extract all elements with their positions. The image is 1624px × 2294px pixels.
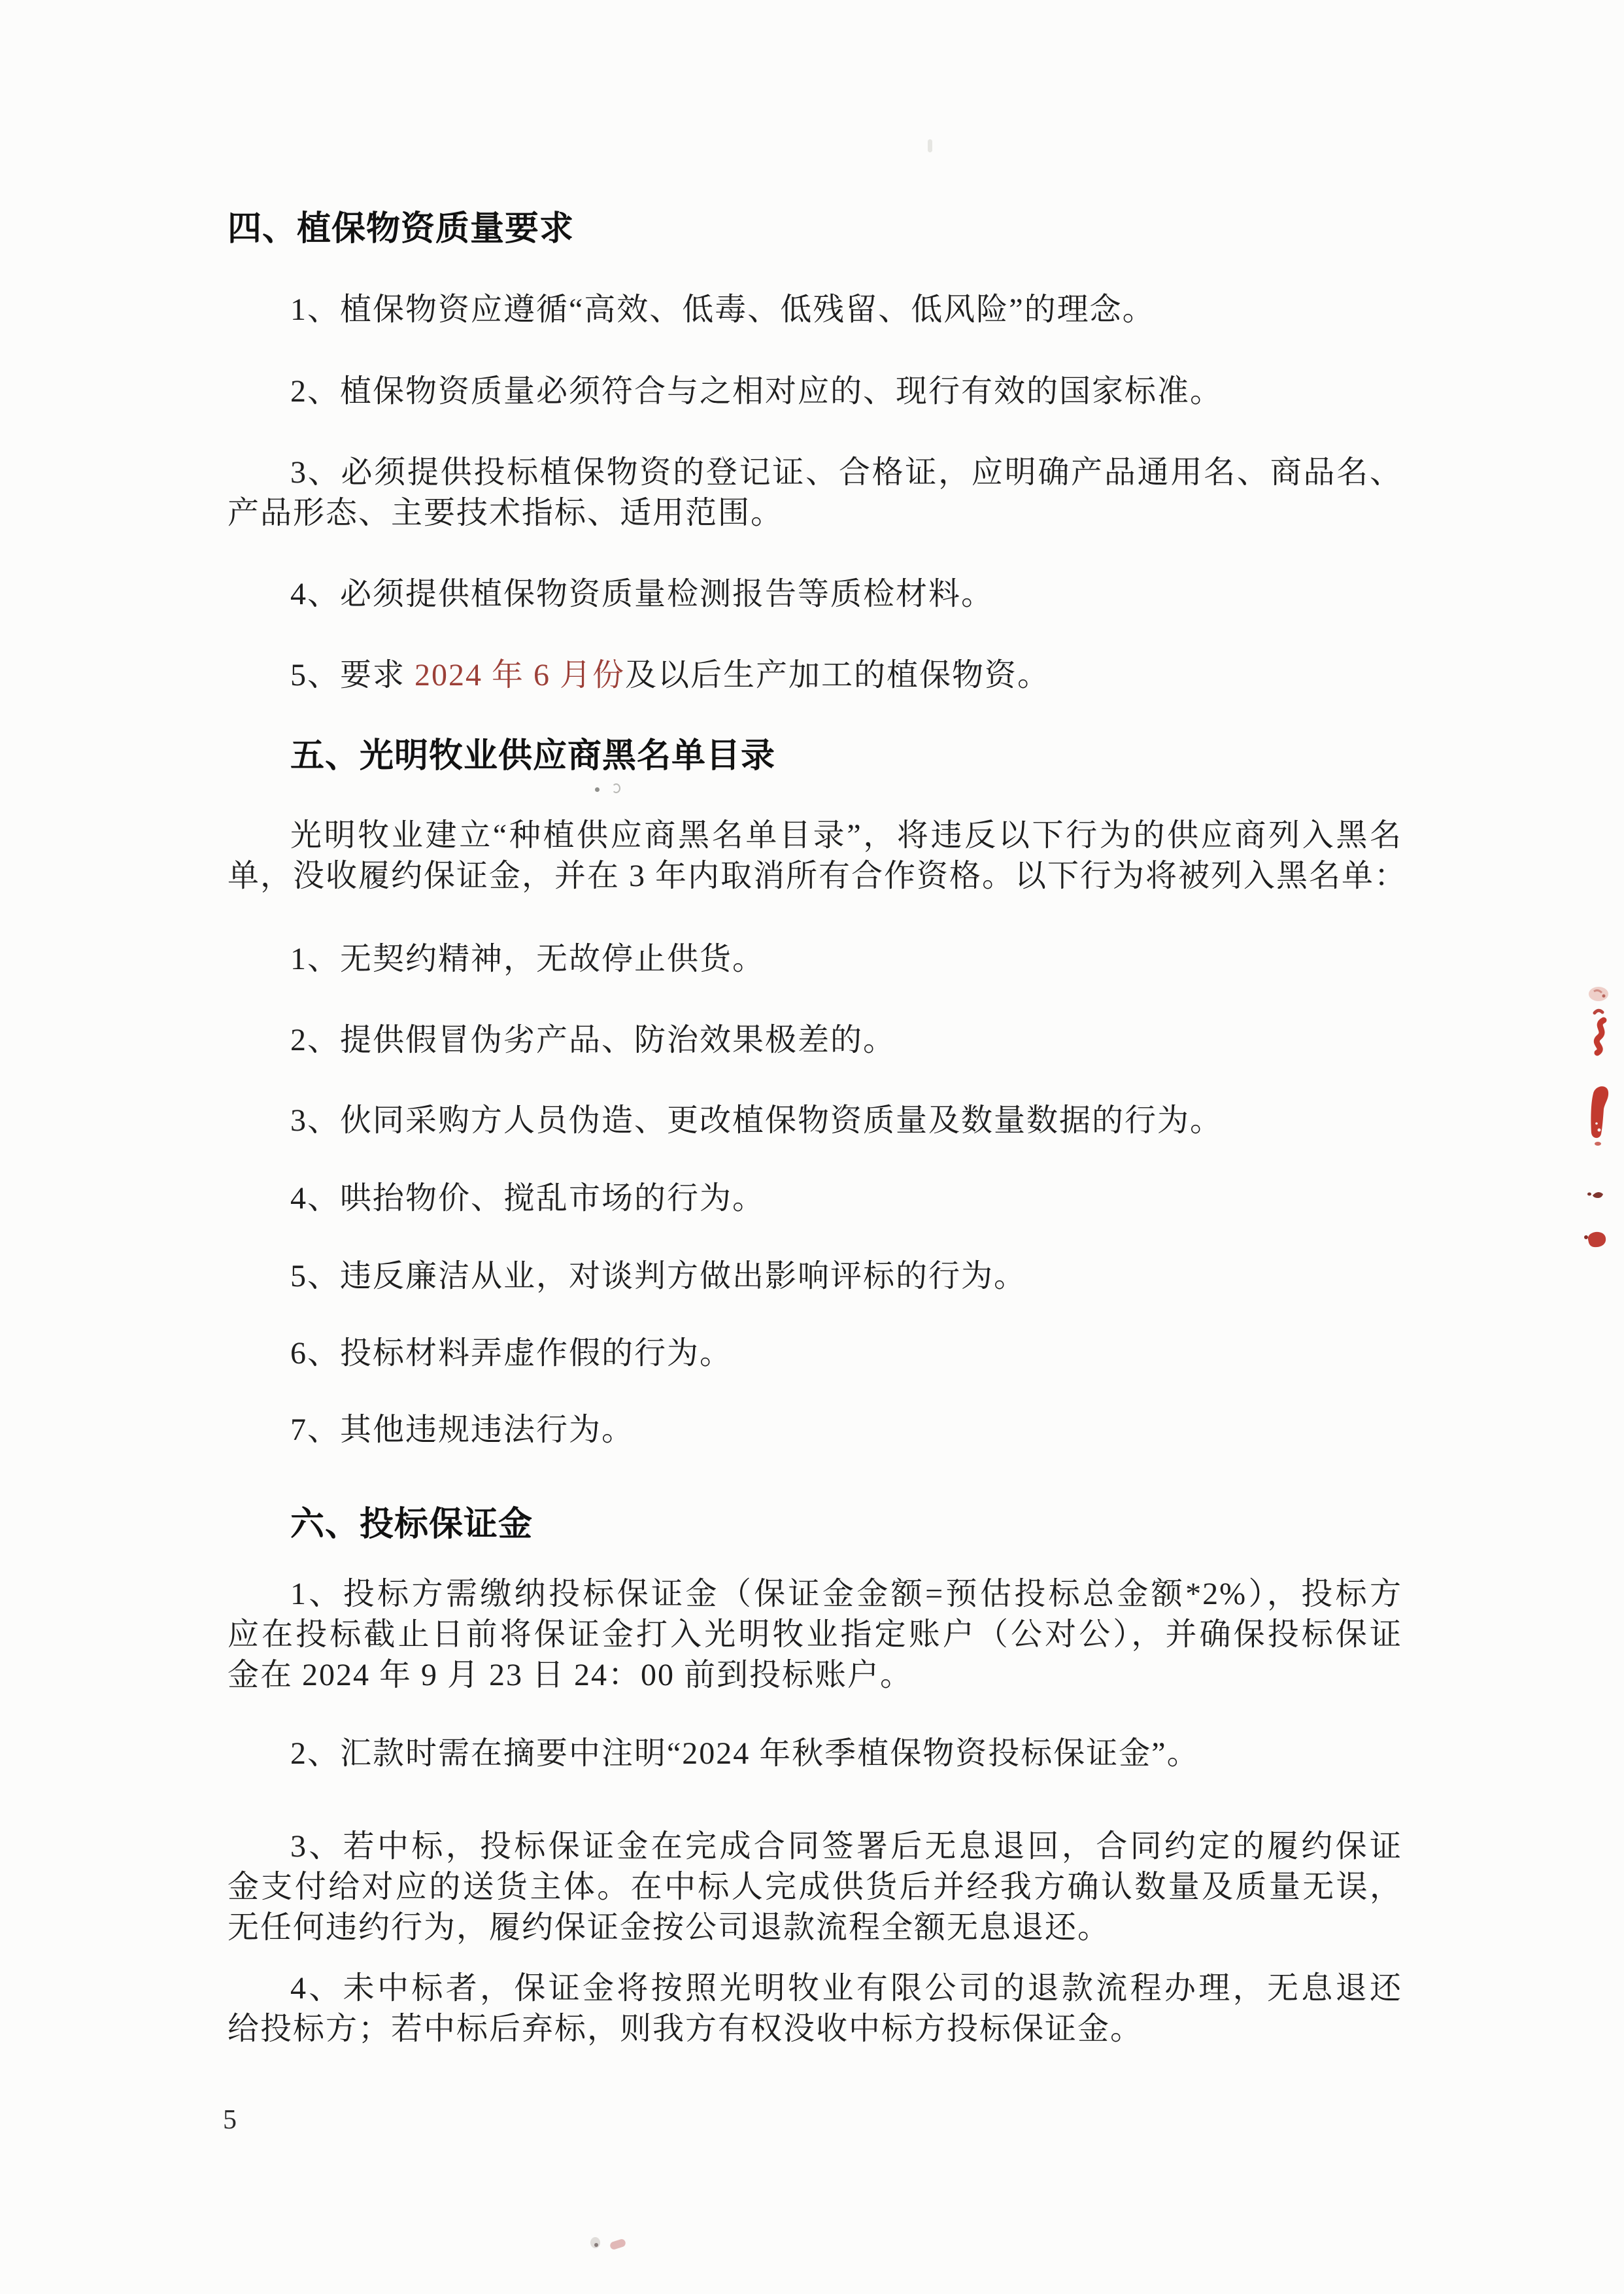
text-line: 3、伙同采购方人员伪造、更改植保物资质量及数量数据的行为。 bbox=[228, 1101, 1402, 1141]
paragraph: 1、投标方需缴纳投标保证金（保证金金额=预估投标总金额*2%），投标方 应在投标… bbox=[228, 1574, 1402, 1696]
text-run: 5、要求 bbox=[290, 658, 414, 693]
red-ink-stamp-marks bbox=[1580, 978, 1619, 1256]
text-line: 1、植保物资应遵循“高效、低毒、低残留、低风险”的理念。 bbox=[228, 290, 1402, 330]
text-line: 产品形态、主要技术指标、适用范围。 bbox=[228, 493, 1402, 534]
section-heading-5: 五、光明牧业供应商黑名单目录 bbox=[228, 735, 1465, 777]
paragraph: 5、违反廉洁从业，对谈判方做出影响评标的行为。 bbox=[228, 1256, 1402, 1297]
text-line: 5、要求 2024 年 6 月份及以后生产加工的植保物资。 bbox=[228, 655, 1402, 696]
section-heading-6: 六、投标保证金 bbox=[228, 1503, 1465, 1545]
text-line: 2、汇款时需在摘要中注明“2024 年秋季植保物资投标保证金”。 bbox=[228, 1734, 1402, 1774]
text-line: 2、植保物资质量必须符合与之相对应的、现行有效的国家标准。 bbox=[228, 371, 1402, 412]
text-line: 给投标方；若中标后弃标，则我方有权没收中标方投标保证金。 bbox=[228, 2009, 1402, 2049]
text-run: 及以后生产加工的植保物资。 bbox=[625, 658, 1050, 693]
paragraph: 5、要求 2024 年 6 月份及以后生产加工的植保物资。 bbox=[228, 655, 1402, 696]
paragraph: 7、其他违规违法行为。 bbox=[228, 1410, 1402, 1450]
paragraph: 3、必须提供投标植保物资的登记证、合格证，应明确产品通用名、商品名、 产品形态、… bbox=[228, 453, 1402, 534]
text-line: 1、无契约精神，无故停止供货。 bbox=[228, 939, 1402, 980]
text-line: 2、提供假冒伪劣产品、防治效果极差的。 bbox=[228, 1020, 1402, 1061]
text-line: 4、哄抬物价、搅乱市场的行为。 bbox=[228, 1178, 1402, 1219]
paragraph: 2、植保物资质量必须符合与之相对应的、现行有效的国家标准。 bbox=[228, 371, 1402, 412]
text-line: 金支付给对应的送货主体。在中标人完成供货后并经我方确认数量及质量无误， bbox=[228, 1867, 1402, 1908]
paragraph: 3、若中标，投标保证金在完成合同签署后无息退回，合同约定的履约保证 金支付给对应… bbox=[228, 1826, 1402, 1948]
scan-speck bbox=[928, 139, 932, 152]
paragraph: 2、提供假冒伪劣产品、防治效果极差的。 bbox=[228, 1020, 1402, 1061]
text-line: 单，没收履约保证金，并在 3 年内取消所有合作资格。以下行为将被列入黑名单： bbox=[228, 856, 1402, 897]
text-line: 光明牧业建立“种植供应商黑名单目录”，将违反以下行为的供应商列入黑名 bbox=[228, 815, 1402, 856]
text-line: 3、必须提供投标植保物资的登记证、合格证，应明确产品通用名、商品名、 bbox=[228, 453, 1402, 493]
section-heading-4: 四、植保物资质量要求 bbox=[228, 208, 1402, 250]
paragraph: 2、汇款时需在摘要中注明“2024 年秋季植保物资投标保证金”。 bbox=[228, 1734, 1402, 1774]
text-line: 7、其他违规违法行为。 bbox=[228, 1410, 1402, 1450]
paragraph: 6、投标材料弄虚作假的行为。 bbox=[228, 1333, 1402, 1374]
text-line: 5、违反廉洁从业，对谈判方做出影响评标的行为。 bbox=[228, 1256, 1402, 1297]
text-line: 4、必须提供植保物资质量检测报告等质检材料。 bbox=[228, 574, 1402, 615]
highlighted-date-text: 2024 年 6 月份 bbox=[414, 658, 625, 693]
paragraph: 1、无契约精神，无故停止供货。 bbox=[228, 939, 1402, 980]
text-line: 无任何违约行为，履约保证金按公司退款流程全额无息退还。 bbox=[228, 1908, 1402, 1948]
scan-speck bbox=[590, 2237, 600, 2248]
text-line: 6、投标材料弄虚作假的行为。 bbox=[228, 1333, 1402, 1374]
paragraph: 光明牧业建立“种植供应商黑名单目录”，将违反以下行为的供应商列入黑名 单，没收履… bbox=[228, 815, 1402, 897]
page-number: 5 bbox=[223, 2104, 237, 2136]
paragraph: 4、必须提供植保物资质量检测报告等质检材料。 bbox=[228, 574, 1402, 615]
paragraph: 1、植保物资应遵循“高效、低毒、低残留、低风险”的理念。 bbox=[228, 290, 1402, 330]
text-line: 4、未中标者，保证金将按照光明牧业有限公司的退款流程办理，无息退还 bbox=[228, 1968, 1402, 2009]
pink-ink-speck bbox=[609, 2238, 627, 2251]
scan-speck bbox=[595, 787, 600, 792]
scanned-document-page: 四、植保物资质量要求 1、植保物资应遵循“高效、低毒、低残留、低风险”的理念。 … bbox=[0, 0, 1624, 2294]
text-line: 1、投标方需缴纳投标保证金（保证金金额=预估投标总金额*2%），投标方 bbox=[228, 1574, 1402, 1615]
paragraph: 3、伙同采购方人员伪造、更改植保物资质量及数量数据的行为。 bbox=[228, 1101, 1402, 1141]
text-line: 3、若中标，投标保证金在完成合同签署后无息退回，合同约定的履约保证 bbox=[228, 1826, 1402, 1867]
paragraph: 4、哄抬物价、搅乱市场的行为。 bbox=[228, 1178, 1402, 1219]
text-line: 应在投标截止日前将保证金打入光明牧业指定账户（公对公），并确保投标保证 bbox=[228, 1615, 1402, 1655]
scan-speck bbox=[594, 2243, 598, 2247]
paragraph: 4、未中标者，保证金将按照光明牧业有限公司的退款流程办理，无息退还 给投标方；若… bbox=[228, 1968, 1402, 2049]
scan-speck bbox=[612, 783, 620, 793]
text-line: 金在 2024 年 9 月 23 日 24：00 前到投标账户。 bbox=[228, 1655, 1402, 1696]
